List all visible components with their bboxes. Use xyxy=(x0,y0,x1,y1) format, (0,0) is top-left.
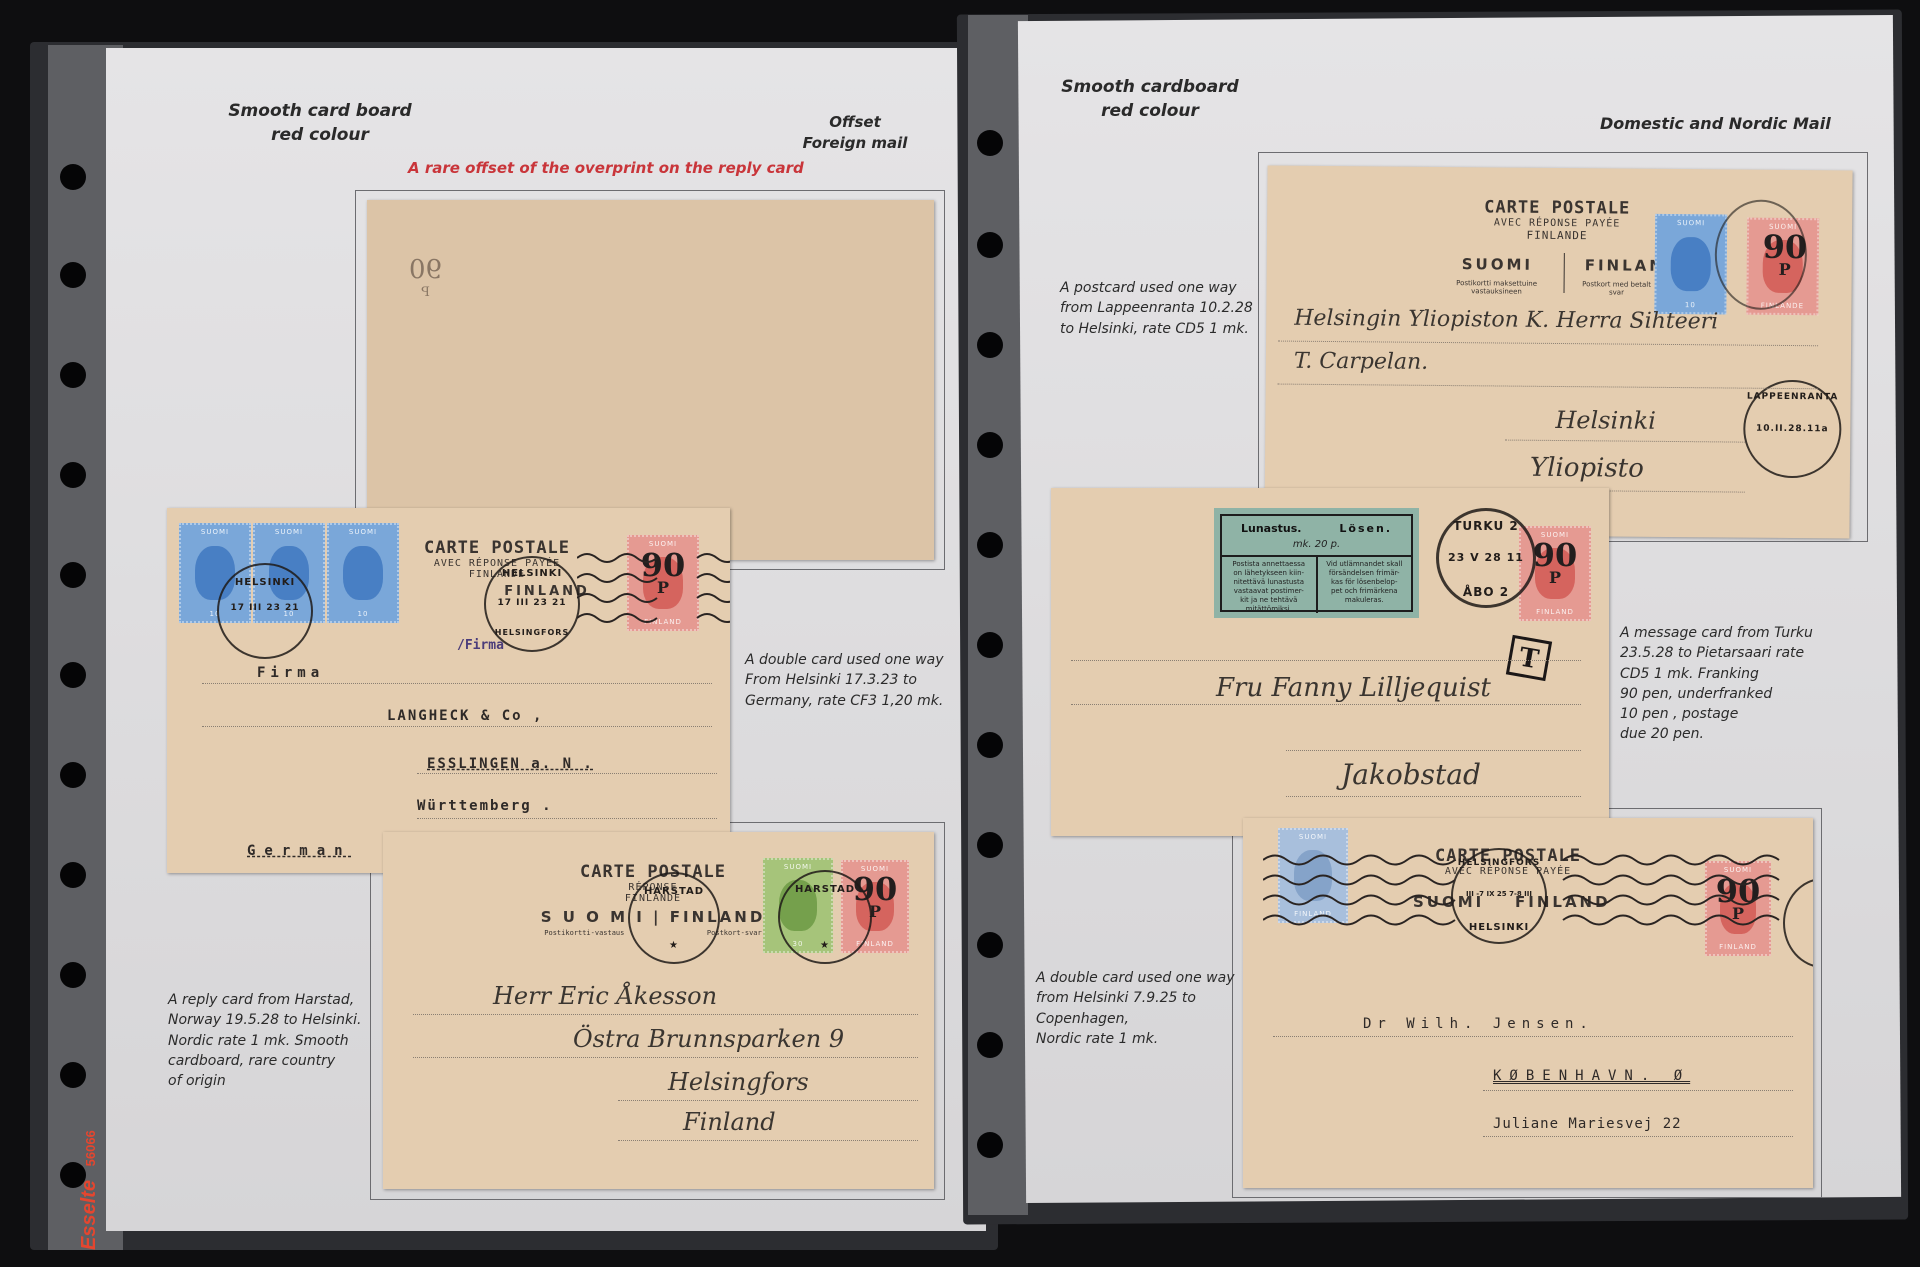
card-title: CARTE POSTALE xyxy=(1467,197,1647,219)
handwritten-address-1: Herr Eric Åkesson xyxy=(493,982,717,1010)
address-line xyxy=(1071,660,1581,661)
address-line xyxy=(1071,704,1581,705)
heading-line: Foreign mail xyxy=(780,133,930,154)
address-line-3: Juliane Mariesvej 22 xyxy=(1493,1116,1682,1132)
label-finnish: Postikortti maksettuinevastauksineen xyxy=(1446,279,1546,296)
handwritten-address-4: Yliopisto xyxy=(1530,453,1644,484)
label-title-finnish: Lunastus. xyxy=(1241,522,1301,535)
message-card-turku: Lunastus.Lösen. mk. 20 p. Postista annet… xyxy=(1051,488,1609,836)
address-line xyxy=(202,683,712,684)
handwritten-address-2: Jakobstad xyxy=(1341,758,1481,791)
reply-card-harstad: CARTE POSTALE RÉPONSE FINLANDE S U O M I… xyxy=(383,832,934,1189)
left-heading-category: Offset Foreign mail xyxy=(780,112,930,154)
note-harstad: A reply card from Harstad,Norway 19.5.28… xyxy=(168,990,361,1091)
handwritten-address-2: Östra Brunnsparken 9 xyxy=(573,1025,844,1053)
heading-line: Smooth card board xyxy=(170,100,470,124)
address-line xyxy=(413,1014,918,1015)
address-line-4: Württemberg . xyxy=(417,798,553,814)
handwritten-address-3: Helsinki xyxy=(1555,406,1656,435)
address-line-3: ESSLINGEN a. N . xyxy=(427,756,594,772)
label-title-swedish: Lösen. xyxy=(1339,522,1392,535)
handwritten-address-1: Fru Fanny Lilljequist xyxy=(1216,673,1491,703)
card-subtitle: AVEC RÉPONSE PAYÉE xyxy=(1467,217,1647,230)
card-subtitle: FINLANDE xyxy=(1467,228,1647,243)
label-text-finnish: Postista annettaessaon lähetykseen kiin-… xyxy=(1222,557,1316,613)
offset-reply-card: 90 P xyxy=(367,200,934,560)
postmark-harstad: HARSTAD ★ xyxy=(628,872,720,964)
brand-code: 56066 xyxy=(83,1130,98,1166)
address-line xyxy=(1286,796,1581,797)
address-line xyxy=(413,1057,918,1058)
machine-cancel-waves xyxy=(1263,848,1803,943)
offset-overprint: 90 P xyxy=(409,255,442,300)
offset-rarity-note: A rare offset of the overprint on the re… xyxy=(408,159,804,177)
machine-cancel-waves xyxy=(577,548,730,633)
address-line xyxy=(1483,1136,1793,1137)
postmark-helsinki: HELSINKI 17 III 23 21 xyxy=(217,563,313,659)
address-line xyxy=(1483,1090,1793,1091)
double-card-helsinki-germany: SUOMI10 SUOMI10 SUOMI10 CARTE POSTALE AV… xyxy=(167,508,730,873)
offset-unit: P xyxy=(409,285,442,300)
divider xyxy=(1564,253,1565,293)
suomi-label: SUOMI xyxy=(1462,255,1533,274)
postmark-partial xyxy=(1714,199,1807,310)
label-swedish: Postkort med betaltsvar xyxy=(1576,280,1656,297)
postmark-lappeenranta: LAPPEENRANTA 10.II.28.11a xyxy=(1743,380,1842,479)
address-line-2: LANGHECK & Co , xyxy=(387,708,543,724)
address-line xyxy=(1273,1036,1793,1037)
handwritten-address-4: Finland xyxy=(683,1108,776,1136)
address-line xyxy=(1278,384,1818,390)
card-header: CARTE POSTALE AVEC RÉPONSE PAYÉE FINLAND… xyxy=(1467,197,1647,243)
right-heading-category: Domestic and Nordic Mail xyxy=(1600,113,1870,135)
handwritten-address-3: Helsingfors xyxy=(668,1068,809,1096)
offset-value: 90 xyxy=(409,255,442,285)
finland-label: FINLAN xyxy=(1585,256,1665,275)
heading-line: red colour xyxy=(1040,100,1260,124)
address-line xyxy=(1505,440,1745,443)
firma-handstamp: /Firma xyxy=(457,638,504,653)
address-line xyxy=(417,818,717,819)
left-heading-material: Smooth card board red colour xyxy=(170,100,470,148)
address-line xyxy=(1278,341,1818,347)
right-heading-material: Smooth cardboard red colour xyxy=(1040,76,1260,124)
sleeve-brand-label: Esselte 56066 xyxy=(78,1130,101,1250)
address-line xyxy=(618,1140,918,1141)
card-label-finnish: Postikortti-vastaus xyxy=(544,929,624,937)
address-line xyxy=(417,773,717,774)
label-text-swedish: Vid utlämnandet skallförsändelsen frimär… xyxy=(1316,557,1412,613)
address-line xyxy=(618,1100,918,1101)
note-copenhagen: A double card used one wayfrom Helsinki … xyxy=(1036,968,1235,1049)
double-card-copenhagen: SUOMIFINLAND CARTE POSTALE AVEC RÉPONSE … xyxy=(1243,818,1813,1188)
note-lappeenranta: A postcard used one wayfrom Lappeenranta… xyxy=(1060,278,1253,339)
address-line xyxy=(202,726,712,727)
postmark-turku: TURKU 2 23 V 28 11 ÅBO 2 xyxy=(1436,508,1536,608)
address-line-5: German xyxy=(247,843,352,859)
heading-line: red colour xyxy=(170,124,470,148)
note-double-card: A double card used one wayFrom Helsinki … xyxy=(745,650,944,711)
address-line-1: Firma xyxy=(257,665,324,681)
postcard-lappeenranta: CARTE POSTALE AVEC RÉPONSE PAYÉE FINLAND… xyxy=(1264,165,1852,538)
address-line xyxy=(1286,750,1581,751)
card-title: CARTE POSTALE xyxy=(387,538,607,558)
handwritten-address-2: T. Carpelan. xyxy=(1294,349,1429,375)
postmark-harstad: HARSTAD ★ xyxy=(778,870,872,964)
postage-due-amount: mk. 20 p. xyxy=(1222,539,1411,550)
brand-name: Esselte xyxy=(78,1180,100,1250)
address-line-1: Dr Wilh. Jensen. xyxy=(1363,1016,1594,1032)
tax-mark-t: T xyxy=(1506,635,1552,681)
address-line-2: KØBENHAVN. Ø xyxy=(1493,1068,1690,1084)
heading-line: Offset xyxy=(780,112,930,133)
heading-line: Smooth cardboard xyxy=(1040,76,1260,100)
postage-due-label: Lunastus.Lösen. mk. 20 p. Postista annet… xyxy=(1214,508,1419,618)
handwritten-address-1: Helsingin Yliopiston K. Herra Sihteeri xyxy=(1294,306,1718,335)
note-turku: A message card from Turku23.5.28 to Piet… xyxy=(1620,623,1813,745)
